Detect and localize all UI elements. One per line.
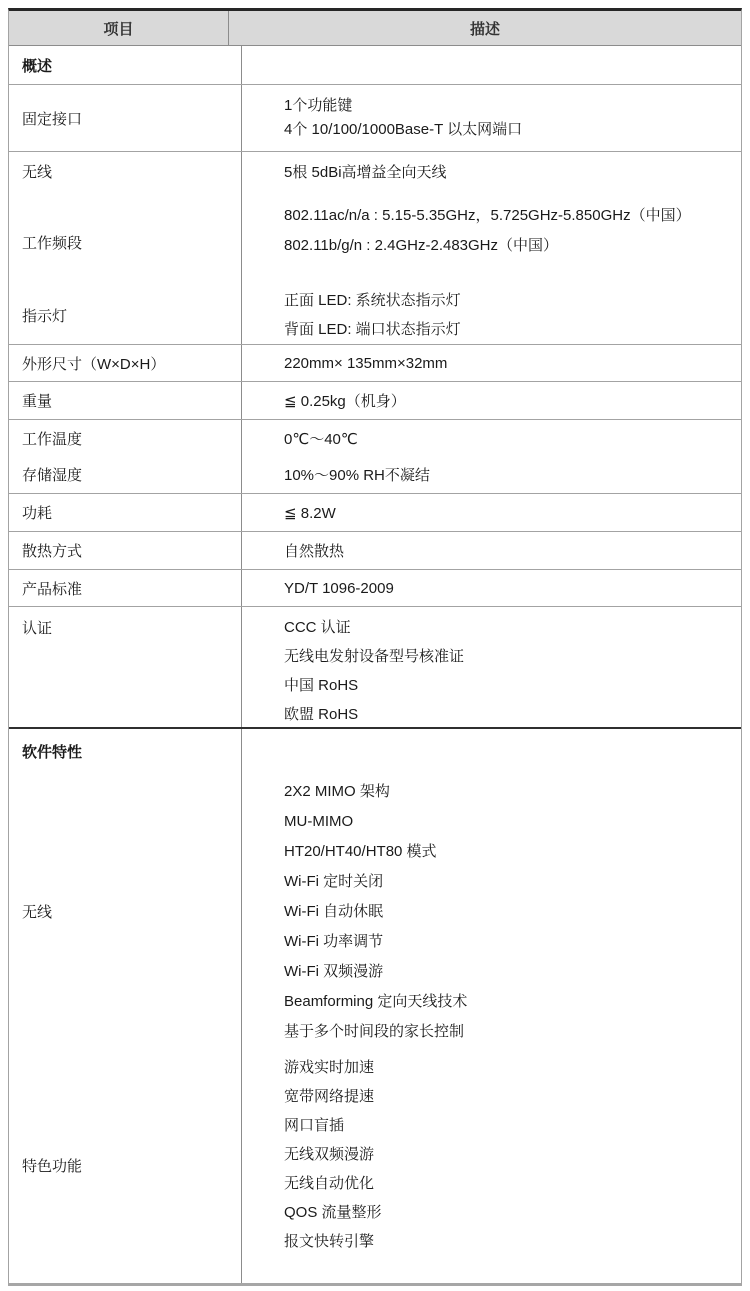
value-line: 无线电发射设备型号核准证 bbox=[284, 642, 731, 671]
row-label-fixed-ports: 固定接口 bbox=[9, 85, 242, 151]
row-value-fixed-ports: 1个功能键 4个 10/100/1000Base-T 以太网端口 bbox=[242, 85, 741, 151]
row-dimensions: 外形尺寸（W×D×H） 220mm× 135mm×32mm bbox=[9, 345, 741, 382]
row-label-dimensions: 外形尺寸（W×D×H） bbox=[9, 345, 242, 381]
group-environment: 工作温度 0℃～40℃ 存储湿度 10%～90% RH不凝结 bbox=[9, 420, 741, 494]
value-line: 中国 RoHS bbox=[284, 671, 731, 700]
row-value-cooling: 自然散热 bbox=[242, 532, 741, 569]
row-working-temperature: 工作温度 0℃～40℃ bbox=[9, 420, 741, 456]
row-label-bands: 工作频段 bbox=[9, 198, 242, 286]
row-software-header: 软件特性 bbox=[9, 729, 741, 775]
column-header-description: 描述 bbox=[229, 11, 741, 45]
value-line: 网口盲插 bbox=[284, 1111, 731, 1140]
value-line: 802.11ac/n/a : 5.15-5.35GHz，5.725GHz-5.8… bbox=[284, 202, 731, 230]
value-line: ≦ 8.2W bbox=[284, 504, 731, 522]
row-value-features: 游戏实时加速 宽带网络提速 网口盲插 无线双频漫游 无线自动优化 QOS 流量整… bbox=[242, 1047, 741, 1283]
row-certification: 认证 CCC 认证 无线电发射设备型号核准证 中国 RoHS 欧盟 RoHS bbox=[9, 607, 741, 727]
spec-table: 项目 描述 概述 固定接口 1个功能键 4个 10/100/1000Base-T… bbox=[8, 8, 742, 1286]
value-line: 无线双频漫游 bbox=[284, 1140, 731, 1169]
row-cooling: 散热方式 自然散热 bbox=[9, 532, 741, 570]
row-value-humidity: 10%～90% RH不凝结 bbox=[242, 456, 741, 493]
value-line: Wi-Fi 功率调节 bbox=[284, 927, 731, 957]
value-line: 220mm× 135mm×32mm bbox=[284, 355, 731, 372]
row-overview: 概述 bbox=[9, 46, 741, 85]
value-line: YD/T 1096-2009 bbox=[284, 580, 731, 597]
value-line: Wi-Fi 自动休眠 bbox=[284, 897, 731, 927]
value-line: 802.11b/g/n : 2.4GHz-2.483GHz（中国） bbox=[284, 232, 731, 260]
value-line: 欧盟 RoHS bbox=[284, 700, 731, 729]
value-line: HT20/HT40/HT80 模式 bbox=[284, 837, 731, 867]
row-label-temperature: 工作温度 bbox=[9, 420, 242, 456]
value-line: 5根 5dBi高增益全向天线 bbox=[284, 161, 731, 182]
row-indicator-leds: 指示灯 正面 LED: 系统状态指示灯 背面 LED: 端口状态指示灯 bbox=[9, 286, 741, 344]
row-working-bands: 工作频段 802.11ac/n/a : 5.15-5.35GHz，5.725GH… bbox=[9, 198, 741, 286]
row-value-temperature: 0℃～40℃ bbox=[242, 420, 741, 456]
row-label-leds: 指示灯 bbox=[9, 286, 242, 344]
row-power-consumption: 功耗 ≦ 8.2W bbox=[9, 494, 741, 532]
row-value-bands: 802.11ac/n/a : 5.15-5.35GHz，5.725GHz-5.8… bbox=[242, 198, 741, 286]
section-software-features: 软件特性 无线 2X2 MIMO 架构 MU-MIMO HT20/HT40/HT… bbox=[9, 727, 741, 1283]
row-value-sw-wireless: 2X2 MIMO 架构 MU-MIMO HT20/HT40/HT80 模式 Wi… bbox=[242, 775, 741, 1047]
row-fixed-ports: 固定接口 1个功能键 4个 10/100/1000Base-T 以太网端口 bbox=[9, 85, 741, 152]
value-line: Beamforming 定向天线技术 bbox=[284, 987, 731, 1017]
value-line: 游戏实时加速 bbox=[284, 1053, 731, 1082]
row-label-wireless: 无线 bbox=[9, 152, 242, 198]
row-value-standard: YD/T 1096-2009 bbox=[242, 570, 741, 606]
value-line: 1个功能键 bbox=[284, 94, 731, 118]
value-line: ≦ 0.25kg（机身） bbox=[284, 390, 731, 411]
value-line: MU-MIMO bbox=[284, 807, 731, 837]
row-value-dimensions: 220mm× 135mm×32mm bbox=[242, 345, 741, 381]
row-label-standard: 产品标准 bbox=[9, 570, 242, 606]
row-value-power: ≦ 8.2W bbox=[242, 494, 741, 531]
value-line: 报文快转引擎 bbox=[284, 1227, 731, 1256]
value-line: Wi-Fi 定时关闭 bbox=[284, 867, 731, 897]
row-value-empty bbox=[242, 46, 741, 84]
row-product-standard: 产品标准 YD/T 1096-2009 bbox=[9, 570, 741, 607]
value-line: 自然散热 bbox=[284, 540, 731, 561]
value-line: CCC 认证 bbox=[284, 613, 731, 642]
column-header-item: 项目 bbox=[9, 11, 229, 45]
row-value-certification: CCC 认证 无线电发射设备型号核准证 中国 RoHS 欧盟 RoHS bbox=[242, 607, 741, 727]
row-label-power: 功耗 bbox=[9, 494, 242, 531]
row-label-sw-wireless: 无线 bbox=[9, 775, 242, 1047]
value-line: 正面 LED: 系统状态指示灯 bbox=[284, 286, 731, 315]
value-line: 宽带网络提速 bbox=[284, 1082, 731, 1111]
value-line: Wi-Fi 双频漫游 bbox=[284, 957, 731, 987]
row-software-wireless: 无线 2X2 MIMO 架构 MU-MIMO HT20/HT40/HT80 模式… bbox=[9, 775, 741, 1047]
row-label-humidity: 存储湿度 bbox=[9, 456, 242, 493]
value-line: 4个 10/100/1000Base-T 以太网端口 bbox=[284, 118, 731, 142]
row-storage-humidity: 存储湿度 10%～90% RH不凝结 bbox=[9, 456, 741, 493]
value-line: 基于多个时间段的家长控制 bbox=[284, 1017, 731, 1047]
row-value-leds: 正面 LED: 系统状态指示灯 背面 LED: 端口状态指示灯 bbox=[242, 286, 741, 344]
group-wireless-hardware: 无线 5根 5dBi高增益全向天线 工作频段 802.11ac/n/a : 5.… bbox=[9, 152, 741, 345]
row-label-cooling: 散热方式 bbox=[9, 532, 242, 569]
row-wireless-antenna: 无线 5根 5dBi高增益全向天线 bbox=[9, 152, 741, 198]
row-featured-functions: 特色功能 游戏实时加速 宽带网络提速 网口盲插 无线双频漫游 无线自动优化 QO… bbox=[9, 1047, 741, 1283]
row-label-certification: 认证 bbox=[9, 607, 242, 727]
row-label-overview: 概述 bbox=[9, 46, 242, 84]
value-line: QOS 流量整形 bbox=[284, 1198, 731, 1227]
row-value-weight: ≦ 0.25kg（机身） bbox=[242, 382, 741, 419]
value-line: 背面 LED: 端口状态指示灯 bbox=[284, 315, 731, 344]
row-label-features: 特色功能 bbox=[9, 1047, 242, 1283]
value-line: 0℃～40℃ bbox=[284, 428, 731, 449]
row-label-software: 软件特性 bbox=[9, 729, 242, 775]
table-header-row: 项目 描述 bbox=[9, 11, 741, 46]
row-value-empty bbox=[242, 729, 741, 775]
value-line: 2X2 MIMO 架构 bbox=[284, 777, 731, 807]
value-line: 无线自动优化 bbox=[284, 1169, 731, 1198]
row-weight: 重量 ≦ 0.25kg（机身） bbox=[9, 382, 741, 420]
row-label-weight: 重量 bbox=[9, 382, 242, 419]
value-line: 10%～90% RH不凝结 bbox=[284, 464, 731, 485]
row-value-wireless: 5根 5dBi高增益全向天线 bbox=[242, 152, 741, 198]
